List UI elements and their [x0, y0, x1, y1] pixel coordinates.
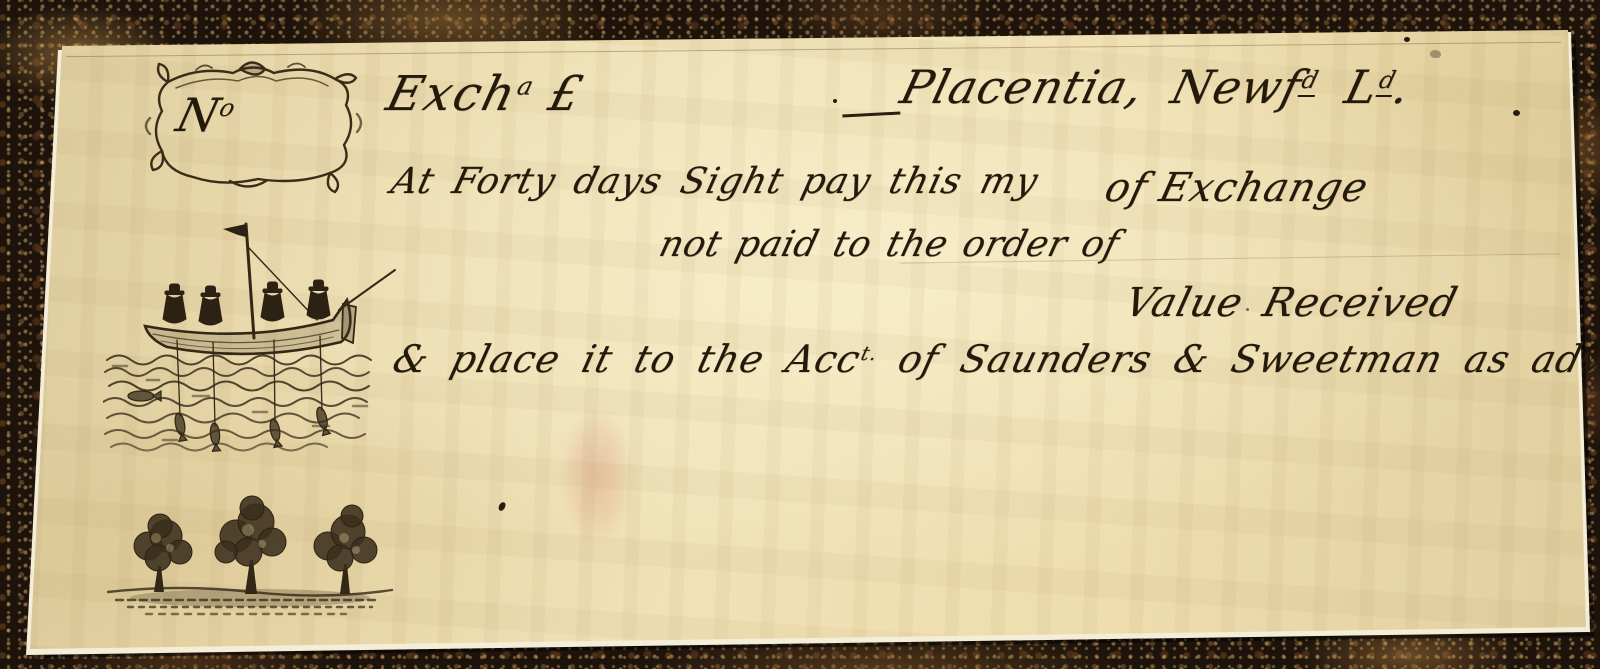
exchange-amount-field: Excha £ [382, 70, 589, 118]
bill-number-field: No [172, 92, 238, 138]
photo-of-document: No Excha £ Placentia, Newfd Ld. At Forty… [0, 0, 1600, 669]
three-trees-vignette [100, 474, 400, 620]
tree [215, 496, 286, 594]
pink-stain [552, 392, 642, 562]
ink-speck [1246, 308, 1249, 311]
value-received-line: Value Received [1121, 283, 1462, 323]
ink-speck [1513, 110, 1520, 116]
tree [314, 505, 377, 594]
place-dateline: Placentia, Newfd Ld. [896, 64, 1415, 110]
rococo-cartouche-frame [138, 52, 370, 198]
fishing-boat-vignette [103, 210, 400, 458]
ink-speck [1404, 37, 1410, 42]
tree [134, 514, 192, 592]
sight-clause-line: At Forty days Sight pay this my [388, 164, 1042, 200]
pennant-flag [223, 224, 246, 237]
of-exchange-line: of Exchange [1101, 168, 1372, 208]
order-clause-line: not paid to the order of [656, 227, 1123, 263]
account-clause-line: & place it to the Acct. of Saunders & Sw… [389, 340, 1600, 378]
date-blank-rule [842, 97, 901, 117]
smudge-speck [1430, 50, 1441, 58]
ink-speck [833, 99, 837, 103]
